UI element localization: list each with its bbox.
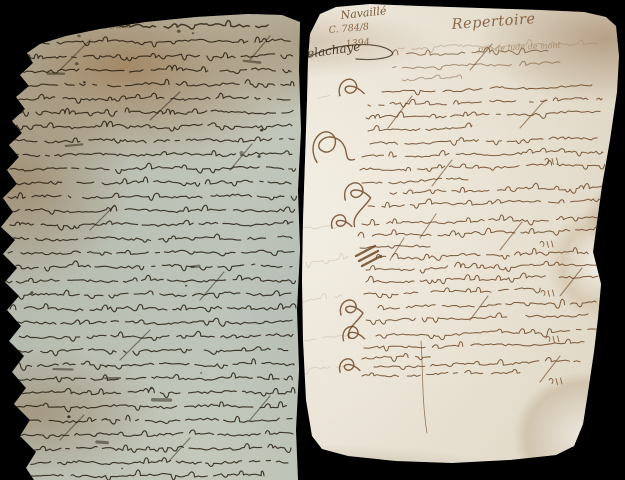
ink-blotch [105,418,107,420]
manuscript-photo: Les ped. La Court Navaillé C. 784/8 1394… [0,0,625,480]
ink-smudge [97,442,108,443]
ink-blotch [260,129,264,132]
ink-blotch [77,35,81,38]
ink-blotch [30,291,33,294]
ink-blotch [239,151,243,154]
ink-blotch [177,30,181,33]
handwriting-layer: Les ped. La Court Navaillé C. 784/8 1394… [0,0,625,480]
ink-blotch [185,285,187,287]
ink-smudge [192,266,200,267]
ink-blotch [121,468,123,470]
ink-blotch [192,32,195,34]
ink-blotch [83,81,86,83]
ink-blotch [257,155,260,158]
ink-blotch [67,415,70,418]
ink-blotch [75,62,79,65]
ink-smudge [66,144,83,145]
ink-blotch [200,372,202,373]
ink-blotch [150,387,153,390]
ink-blotch [105,366,107,368]
